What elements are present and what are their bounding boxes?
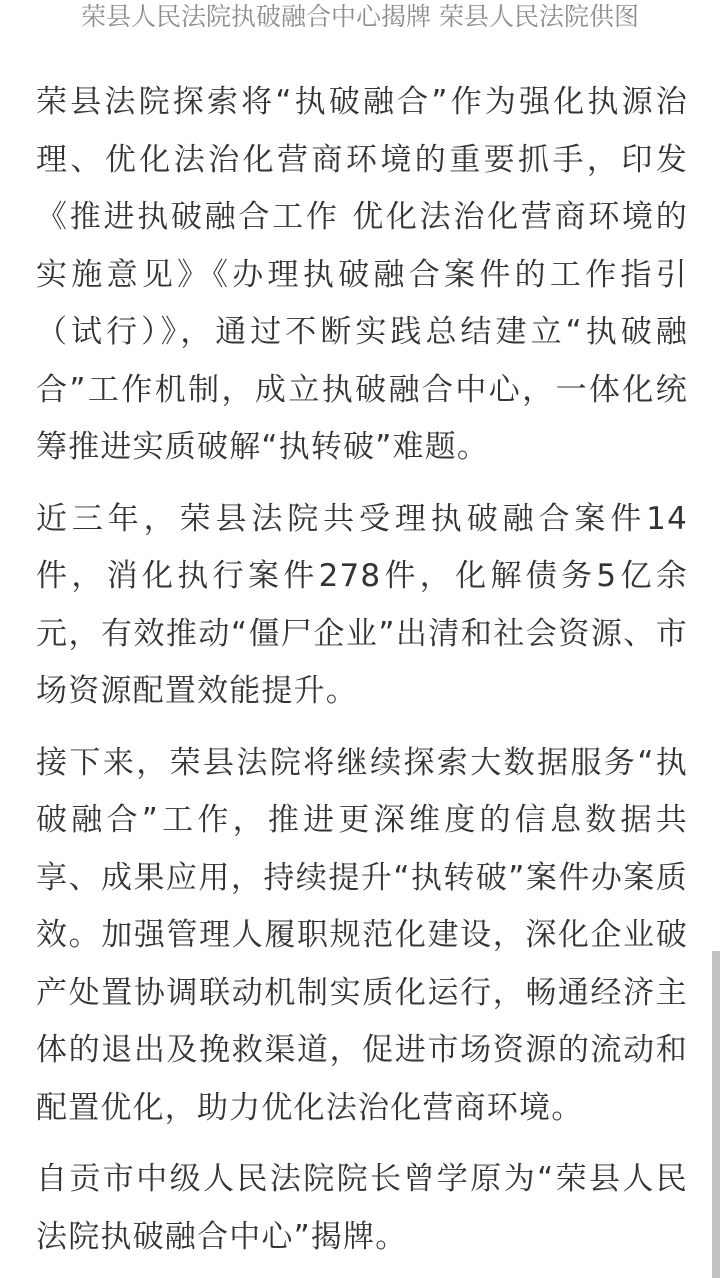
article-paragraph-1: 荣县法院探索将“执破融合”作为强化执源治理、优化法治化营商环境的重要抓手，印发《… xyxy=(36,74,688,477)
article-paragraph-3: 接下来，荣县法院将继续探索大数据服务“执破融合”工作，推进更深维度的信息数据共享… xyxy=(36,735,688,1138)
article-body: 荣县法院探索将“执破融合”作为强化执源治理、优化法治化营商环境的重要抓手，印发《… xyxy=(36,74,688,1278)
image-caption: 荣县人民法院执破融合中心揭牌 荣县人民法院供图 xyxy=(0,0,720,36)
article-paragraph-4: 自贡市中级人民法院院长曾学原为“荣县人民法院执破融合中心”揭牌。 xyxy=(36,1151,688,1266)
article-paragraph-2: 近三年，荣县法院共受理执破融合案件14件，消化执行案件278件，化解债务5亿余元… xyxy=(36,491,688,721)
scrollbar-thumb[interactable] xyxy=(712,951,720,1278)
vertical-scrollbar[interactable] xyxy=(710,0,720,1278)
